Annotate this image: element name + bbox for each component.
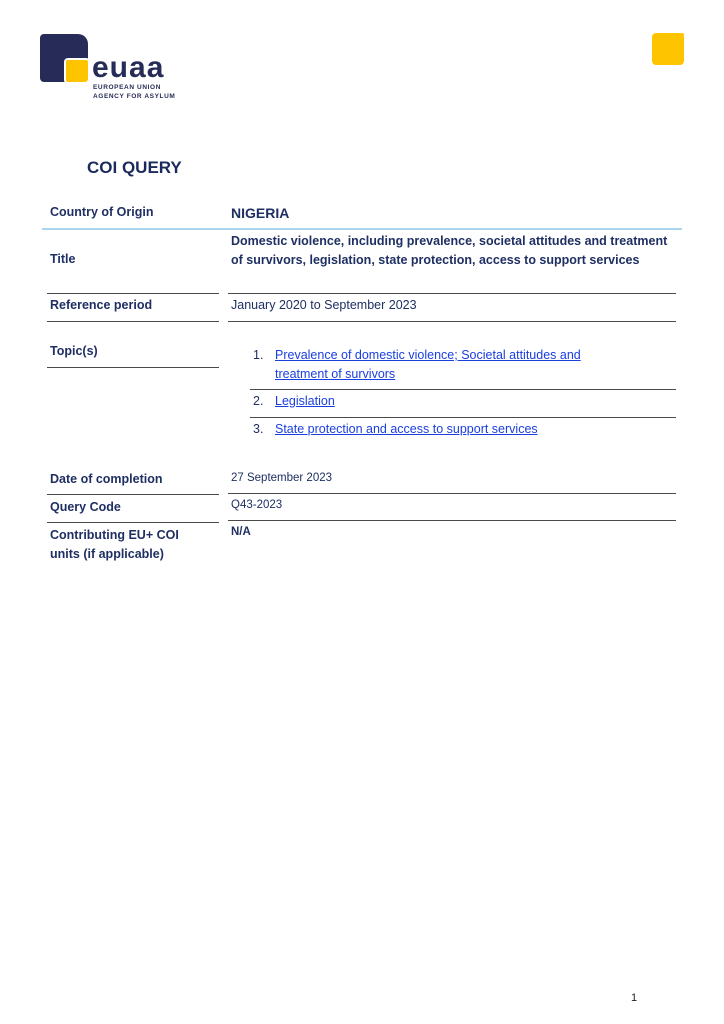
reference-label: Reference period [50, 296, 152, 315]
document-title: COI QUERY [87, 158, 182, 178]
divider [47, 321, 219, 322]
page-number: 1 [631, 992, 637, 1004]
date-value: 27 September 2023 [231, 469, 332, 488]
divider [47, 367, 219, 368]
euaa-logo: euaa EUROPEAN UNION AGENCY FOR ASYLUM [40, 34, 190, 106]
divider [228, 321, 676, 322]
topic-link-2[interactable]: Legislation [275, 394, 335, 408]
contributing-label: Contributing EU+ COI units (if applicabl… [50, 526, 179, 564]
divider [47, 522, 219, 523]
header-divider [42, 228, 682, 230]
corner-decoration [652, 33, 684, 65]
country-label: Country of Origin [50, 203, 153, 222]
topic-link-3[interactable]: State protection and access to support s… [275, 422, 538, 436]
title-label: Title [50, 250, 75, 269]
divider [228, 293, 676, 294]
topic-item-2: 2.Legislation [253, 392, 335, 411]
divider [228, 493, 676, 494]
topic-link-1-cont[interactable]: treatment of survivors [275, 367, 395, 381]
query-code-label: Query Code [50, 498, 121, 517]
divider [250, 417, 676, 418]
reference-value: January 2020 to September 2023 [231, 296, 417, 315]
divider [47, 293, 219, 294]
contributing-value: N/A [231, 523, 251, 542]
divider [47, 494, 219, 495]
topics-label: Topic(s) [50, 342, 98, 361]
country-value: NIGERIA [231, 204, 289, 223]
topic-item-1: 1.Prevalence of domestic violence; Socie… [253, 346, 581, 384]
title-value: Domestic violence, including prevalence,… [231, 232, 671, 270]
query-code-value: Q43-2023 [231, 496, 282, 515]
logo-subtitle-2: AGENCY FOR ASYLUM [93, 93, 175, 101]
topic-link-1[interactable]: Prevalence of domestic violence; Societa… [275, 348, 581, 362]
logo-subtitle-1: EUROPEAN UNION [93, 84, 161, 92]
logo-yellow-square [66, 60, 88, 82]
topic-item-3: 3.State protection and access to support… [253, 420, 538, 439]
divider [228, 520, 676, 521]
date-label: Date of completion [50, 470, 163, 489]
logo-wordmark: euaa [92, 53, 164, 83]
divider [250, 389, 676, 390]
